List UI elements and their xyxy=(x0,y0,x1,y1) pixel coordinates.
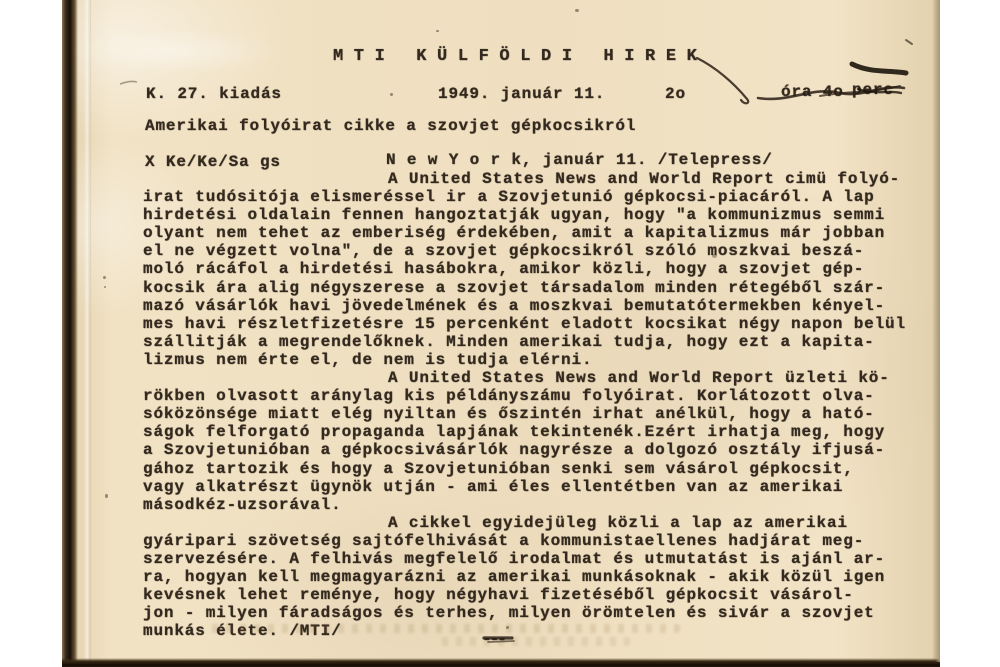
dateline: N e w Y o r k, január 11. /Telepress/ xyxy=(386,151,773,169)
body-line: vagy alkatrészt ügynök utján - ami éles … xyxy=(143,478,943,496)
scanned-document-page: M T I K Ü L F Ö L D I H I R E K K. 27. k… xyxy=(0,0,1000,667)
paper-fold-line xyxy=(84,0,91,662)
agency-header: M T I K Ü L F Ö L D I H I R E K xyxy=(333,47,697,66)
ink-speck xyxy=(436,30,439,32)
body-line: mazó vásárlók havi jövedelmének és a mos… xyxy=(143,297,943,315)
bleed-through-smudge xyxy=(440,637,630,646)
body-line: el ne végzett volna", de a szovjet gépko… xyxy=(143,242,943,260)
body-line: A United States News and World Report ci… xyxy=(143,170,943,188)
bottom-edge-shadow xyxy=(62,658,940,667)
ink-speck xyxy=(506,626,509,629)
body-line: kevésnek lehet reménye, hogy négyhavi fi… xyxy=(143,586,943,604)
body-line: jon - milyen fáradságos és terhes, milye… xyxy=(143,604,943,622)
body-line: rökben olvasott aránylag kis példányszám… xyxy=(143,387,943,405)
headline: Amerikai folyóirat cikke a szovjet gépko… xyxy=(145,117,636,135)
bleed-through-smudge xyxy=(210,624,680,633)
body-line: gyáripari szövetség sajtófelhivását a ko… xyxy=(143,532,943,550)
body-line: mes havi részletfizetésre 15 percenként … xyxy=(143,315,943,333)
ink-speck xyxy=(575,9,579,12)
ink-speck xyxy=(103,276,106,279)
body-line: olyant nem tehet az emberiség érdekében,… xyxy=(143,224,943,242)
body-line: ra, hogyan kell megmagyarázni az amerika… xyxy=(143,568,943,586)
left-edge-shadow xyxy=(62,0,78,662)
ink-speck xyxy=(712,254,717,258)
issue-date: 1949. január 11. xyxy=(438,85,605,103)
body-line: A cikkel egyidejüleg közli a lap az amer… xyxy=(143,514,943,532)
body-line: gához tartozik és hogy a Szovjetunióban … xyxy=(143,460,943,478)
body-line: a Szovjetunióban a gépkocsivásárlók nagy… xyxy=(143,441,943,459)
ink-speck xyxy=(104,286,106,288)
issue-hour: 2o xyxy=(665,85,686,103)
issue-time-unit-struck: perc xyxy=(852,81,894,99)
body-line: irat tudósitója elismeréssel ir a Szovje… xyxy=(143,188,943,206)
body-line: A United States News and World Report üz… xyxy=(143,369,943,387)
body-line: hirdetési oldalain fennen hangoztatják u… xyxy=(143,206,943,224)
scan-light-blob xyxy=(70,28,280,74)
reference-code: X Ke/Ke/Sa gs xyxy=(145,153,281,171)
ink-speck xyxy=(105,494,108,498)
body-line: szervezésére. A felhivás megfelelő iroda… xyxy=(143,550,943,568)
body-line: sóközönsége miatt elég nyiltan és őszint… xyxy=(143,405,943,423)
ink-speck xyxy=(390,93,393,96)
body-line: másodkéz-uzsorával. xyxy=(143,496,943,514)
issue-time-struck: óra 4o xyxy=(781,83,844,101)
body-line: lizmus nem érte el, de nem is tudja elér… xyxy=(143,351,943,369)
edition-label: K. 27. kiadás xyxy=(146,85,282,103)
body-line: ságok felforgató propaganda lapjának tek… xyxy=(143,423,943,441)
body-text: A United States News and World Report ci… xyxy=(143,170,943,640)
body-line: szállitják a megrendelőknek. Minden amer… xyxy=(143,333,943,351)
body-line: moló rácáfol a hirdetési hasábokra, amik… xyxy=(143,260,943,278)
body-line: kocsik ára alig négyszerese a szovjet tá… xyxy=(143,279,943,297)
